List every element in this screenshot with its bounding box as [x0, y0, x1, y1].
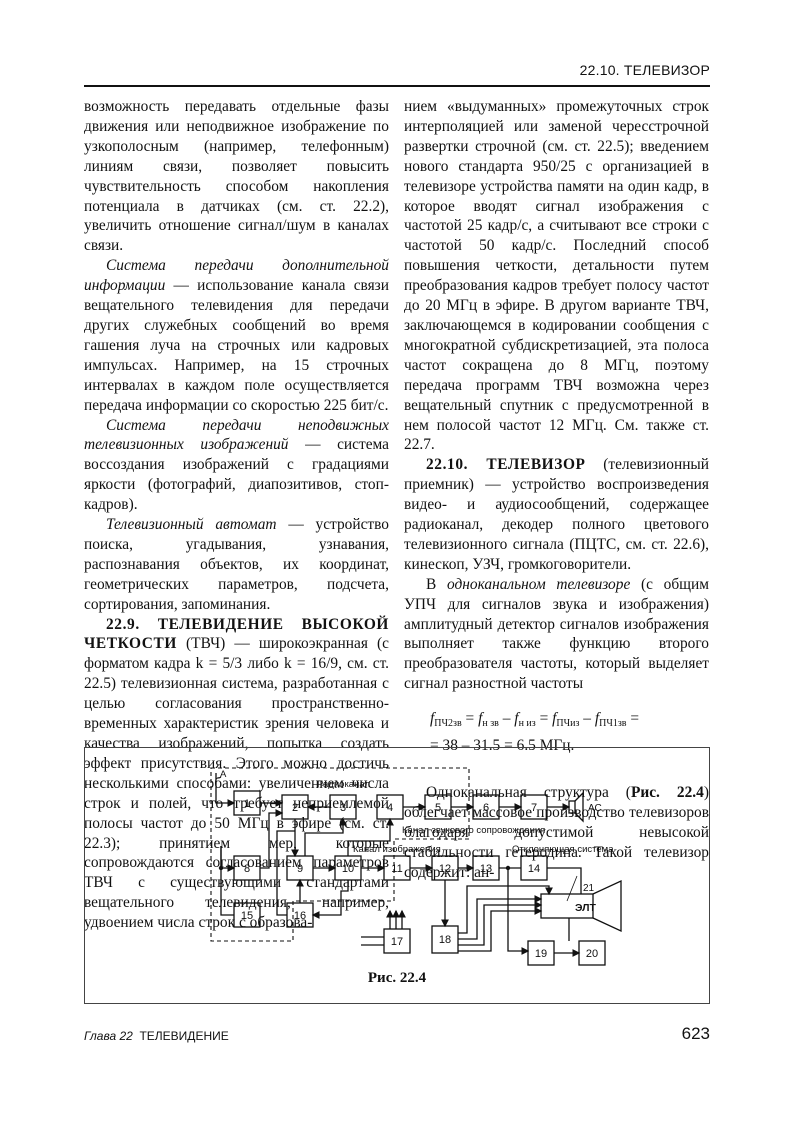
section-22-10: 22.10. ТЕЛЕВИЗОР (телевизионный приемник… — [404, 455, 709, 574]
paragraph-still-images: Система передачи неподвижных телевизионн… — [84, 416, 389, 516]
footer-chapter: Глава 22 ТЕЛЕВИДЕНИЕ — [84, 1029, 229, 1043]
svg-text:16: 16 — [294, 910, 306, 922]
formula-line-1: fПЧ2зв = fн зв – fн из = fПЧиз – fПЧ1зв … — [430, 708, 709, 735]
svg-text:Канал изображения: Канал изображения — [353, 844, 441, 855]
term: Телевизионный автомат — [106, 516, 277, 533]
svg-text:1: 1 — [244, 798, 250, 810]
svg-text:17: 17 — [391, 936, 403, 948]
svg-text:15: 15 — [241, 910, 253, 922]
paragraph-tv-automat: Телевизионный автомат — устройство поиск… — [84, 515, 389, 615]
svg-text:5: 5 — [435, 802, 441, 814]
definition: — использование канала связи вещательног… — [84, 277, 389, 413]
svg-text:8: 8 — [244, 863, 250, 875]
svg-text:АС: АС — [588, 803, 602, 814]
svg-text:9: 9 — [297, 863, 303, 875]
figure-22-4: 1 2 3 4 5 6 7 8 9 10 11 12 13 14 15 16 1… — [84, 747, 710, 1004]
svg-text:10: 10 — [342, 863, 354, 875]
svg-text:7: 7 — [531, 802, 537, 814]
text: В — [426, 576, 447, 593]
paragraph: возможность передавать отдельные фазы дв… — [84, 97, 389, 256]
paragraph-single-channel: В одноканальном телевизоре (с общим УПЧ … — [404, 575, 709, 694]
svg-text:19: 19 — [535, 948, 547, 960]
term: одноканальном телевизоре — [447, 576, 630, 593]
svg-text:18: 18 — [439, 934, 451, 946]
definition: (с общим УПЧ для сигналов звука и изобра… — [404, 576, 709, 693]
paragraph: нием «выдуманных» промежуточных строк ин… — [404, 97, 709, 455]
svg-text:11: 11 — [391, 863, 402, 875]
running-head: 22.10. ТЕЛЕВИЗОР — [84, 62, 710, 78]
svg-text:2: 2 — [292, 802, 298, 814]
svg-text:3: 3 — [340, 802, 346, 814]
section-title: 22.10. ТЕЛЕВИЗОР — [426, 456, 586, 473]
svg-text:ЭЛТ: ЭЛТ — [575, 902, 596, 914]
page-number: 623 — [660, 1024, 710, 1044]
figure-caption: Рис. 22.4 — [85, 970, 709, 987]
svg-text:6: 6 — [483, 802, 489, 814]
section-text: (телевизионный приемник) — устройство во… — [404, 456, 709, 573]
chapter-label: Глава 22 — [84, 1029, 133, 1043]
svg-text:Радиоканал: Радиоканал — [317, 779, 370, 790]
paragraph-additional-info: Система передачи дополнительной информац… — [84, 256, 389, 415]
chapter-title: ТЕЛЕВИДЕНИЕ — [139, 1029, 228, 1043]
svg-text:А: А — [220, 769, 227, 780]
header-rule — [84, 85, 710, 87]
svg-text:4: 4 — [387, 802, 393, 814]
svg-text:21: 21 — [583, 883, 595, 894]
svg-text:Отклоняющая система: Отклоняющая система — [512, 844, 614, 855]
svg-text:20: 20 — [586, 948, 598, 960]
svg-text:13: 13 — [480, 863, 492, 875]
block-diagram: 1 2 3 4 5 6 7 8 9 10 11 12 13 14 15 16 1… — [85, 748, 709, 968]
svg-text:12: 12 — [439, 863, 451, 875]
svg-text:14: 14 — [528, 863, 540, 875]
svg-text:Канал звукового сопровождения: Канал звукового сопровождения — [402, 825, 545, 836]
